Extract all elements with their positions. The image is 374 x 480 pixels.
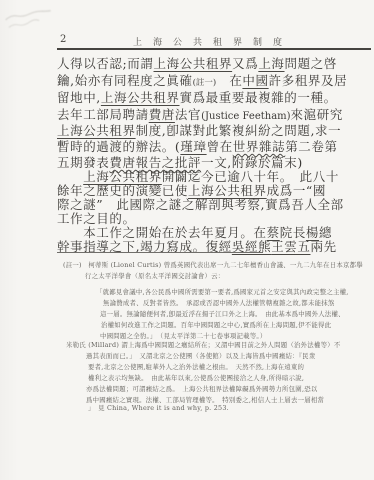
body-line: 暫時的過渡的辦法。(瑾璋曾在世界雜誌第二卷第	[57, 139, 373, 154]
text-run: 來滬研究	[291, 107, 343, 122]
footnote-line: 過其表面而已。」 又謂北京之公使團（各使館）以及上海皆爲中國癥結：『民衆	[86, 352, 315, 360]
text-run: 成爲一“國	[267, 183, 326, 198]
title-wavy-underline: 費唐報告之批評	[109, 155, 201, 170]
footnote-quote-line: 中國問題之全豹。」 （見太平洋第二十七卷事項記載等。）	[100, 332, 267, 340]
proper-noun-underline: 蔡	[267, 225, 280, 240]
footnote-line: 要者,北京之公使團,駐華外人之治外法權之根由。 天然不然,上海在遠東的	[88, 363, 304, 371]
body-line: 工作之目的。	[57, 211, 373, 226]
text-run: 餘年之歷史的演變已使	[57, 183, 188, 198]
text-run: 人得以否認;而謂	[57, 56, 154, 71]
text-run: 本工作之開始在於去年夏月。在	[57, 225, 267, 240]
text-run: 鑰,始亦有同程度之眞確	[57, 73, 193, 88]
header-rule	[57, 48, 371, 50]
text-run: 許多租界及居	[269, 73, 348, 88]
text-run: 又爲	[232, 56, 258, 71]
footnote-line: 權利之表示均無缺。 由此基年以來,公使爲公使團接洽之人身,所得暗示說,	[88, 374, 304, 382]
footnote-separator-rule	[57, 252, 263, 253]
text-run: 去年工部局聘請	[57, 107, 149, 122]
title-wavy-underline: 世界雜誌	[233, 139, 285, 154]
text-run: 法官	[175, 107, 201, 122]
running-header-title: 上海公共租界制度	[133, 35, 293, 48]
proper-noun-underline: 楊	[306, 225, 319, 240]
text-run: 一文,附錄於篇末)	[201, 155, 303, 170]
body-line: 人得以否認;而謂上海公共租界又爲上海問題之啓	[57, 56, 373, 71]
text-run: 在	[216, 73, 242, 88]
scanned-book-page: 2 上海公共租界制度 人得以否認;而謂上海公共租界又爲上海問題之啓 鑰,始亦有同…	[0, 0, 374, 480]
proper-noun-underline: 瑾璋	[180, 139, 206, 154]
text-run: 開闢迄今已逾八十年。 此八十	[162, 169, 339, 184]
text-run: 際之謎” 此國際之謎之解剖與考察,實爲吾人全部	[57, 197, 344, 212]
text-run: 院長	[280, 225, 306, 240]
text-run: 留地中,	[57, 90, 101, 105]
footnote-line: 爲中國癥結之實現。法權、工部局管理權等。 特別委之,相信人士上層去一層相當	[86, 396, 324, 404]
footnote-ref-marker: (註一)	[193, 78, 217, 88]
text-run	[57, 169, 83, 184]
footnote-line: (註一) 柯蒂斯 (Lionel Curtis) 曾爲英國代表出席一九二七年檀香…	[63, 261, 363, 269]
proper-noun-underline: 中國	[242, 73, 268, 88]
text-run: 問題之啓	[285, 56, 337, 71]
pencil-annotation	[2, 0, 83, 38]
body-line: 鑰,始亦有同程度之眞確(註一) 在中國許多租界及居	[57, 73, 373, 91]
text-run: 兩先	[311, 239, 337, 254]
body-line: 去年工部局聘請費唐法官(Justice Feetham)來滬研究	[57, 107, 373, 124]
page-number: 2	[60, 34, 66, 45]
footnote-quote-line: 這一層。無論隨便何者,卽最近浮在揚子江口外之上海。 由此基本爲中國外人法權、	[100, 310, 345, 318]
proper-noun-underline: 上海公共租界	[83, 169, 162, 184]
footnote-quote-line: 無論贊成者、反對者皆然。 承認或否認中國外人法權管轄複雜之故,都未能抹煞	[103, 299, 335, 307]
proper-noun-underline: 上海	[258, 56, 284, 71]
text-run: 實爲最重要最複雜的一種。	[179, 90, 336, 105]
proper-noun-underline: 上海公共租界	[188, 183, 267, 198]
body-line: 餘年之歷史的演變已使上海公共租界成爲一“國	[57, 183, 373, 198]
proper-noun-underline: 王雲五	[271, 239, 310, 254]
footnote-line: 行之太平洋學會（原名太平洋國交討論會）云：	[85, 272, 224, 280]
proper-noun-underline: 費唐	[149, 107, 175, 122]
text-run: 制度,卽謀對此繁複糾紛之問題,求一	[136, 123, 342, 138]
body-line: 際之謎” 此國際之謎之解剖與考察,實爲吾人全部	[57, 197, 373, 212]
proper-noun-underline: 上海公共租界	[101, 90, 180, 105]
text-run: (Justice Feetham)	[201, 111, 290, 122]
text-run: 暫時的過渡的辦法。(	[57, 139, 180, 154]
footnote-line: 亦爲法權問題；可謂癥結之爲。 上海公共租界法權障礙爲外國勢力所包圍,恐以	[86, 385, 318, 393]
footnote-line: 米勒氏 (Millard) 謂上海爲中國問題之癥結所在；又謂中國目前之外人問題（…	[66, 341, 341, 349]
text-run: 第二卷第	[285, 139, 337, 154]
proper-noun-underline: 上海公共租界	[57, 123, 136, 138]
text-run: 五期發表	[57, 155, 109, 170]
footnote-citation-line: 」 見 China, Where it is and why, p. 253.	[88, 404, 229, 412]
body-line: 上海公共租界制度,卽謀對此繁複糾紛之問題,求一	[57, 123, 373, 138]
text-run: 曾在	[207, 139, 233, 154]
body-line: 留地中,上海公共租界實爲最重要最複雜的一種。	[57, 90, 373, 105]
text-run: 工作之目的。	[57, 211, 136, 226]
footnote-quote-line: 治權如何改進工作之問題。百年中國問題之中心,實爲所在上海問題,伊不能得此	[101, 321, 331, 329]
text-run: 總	[319, 225, 332, 240]
body-line: 五期發表費唐報告之批評一文,附錄於篇末)	[57, 155, 373, 170]
body-line: 上海公共租界開闢迄今已逾八十年。 此八十	[57, 169, 373, 184]
proper-noun-underline: 上海公共租界	[154, 56, 233, 71]
body-line: 本工作之開始在於去年夏月。在蔡院長楊總	[57, 225, 373, 240]
footnote-quote-line: 「就鄙見會議中,各公民爲中國所需要第一要者,爲國家元首之安定與其內政完整之主權,	[96, 288, 349, 296]
